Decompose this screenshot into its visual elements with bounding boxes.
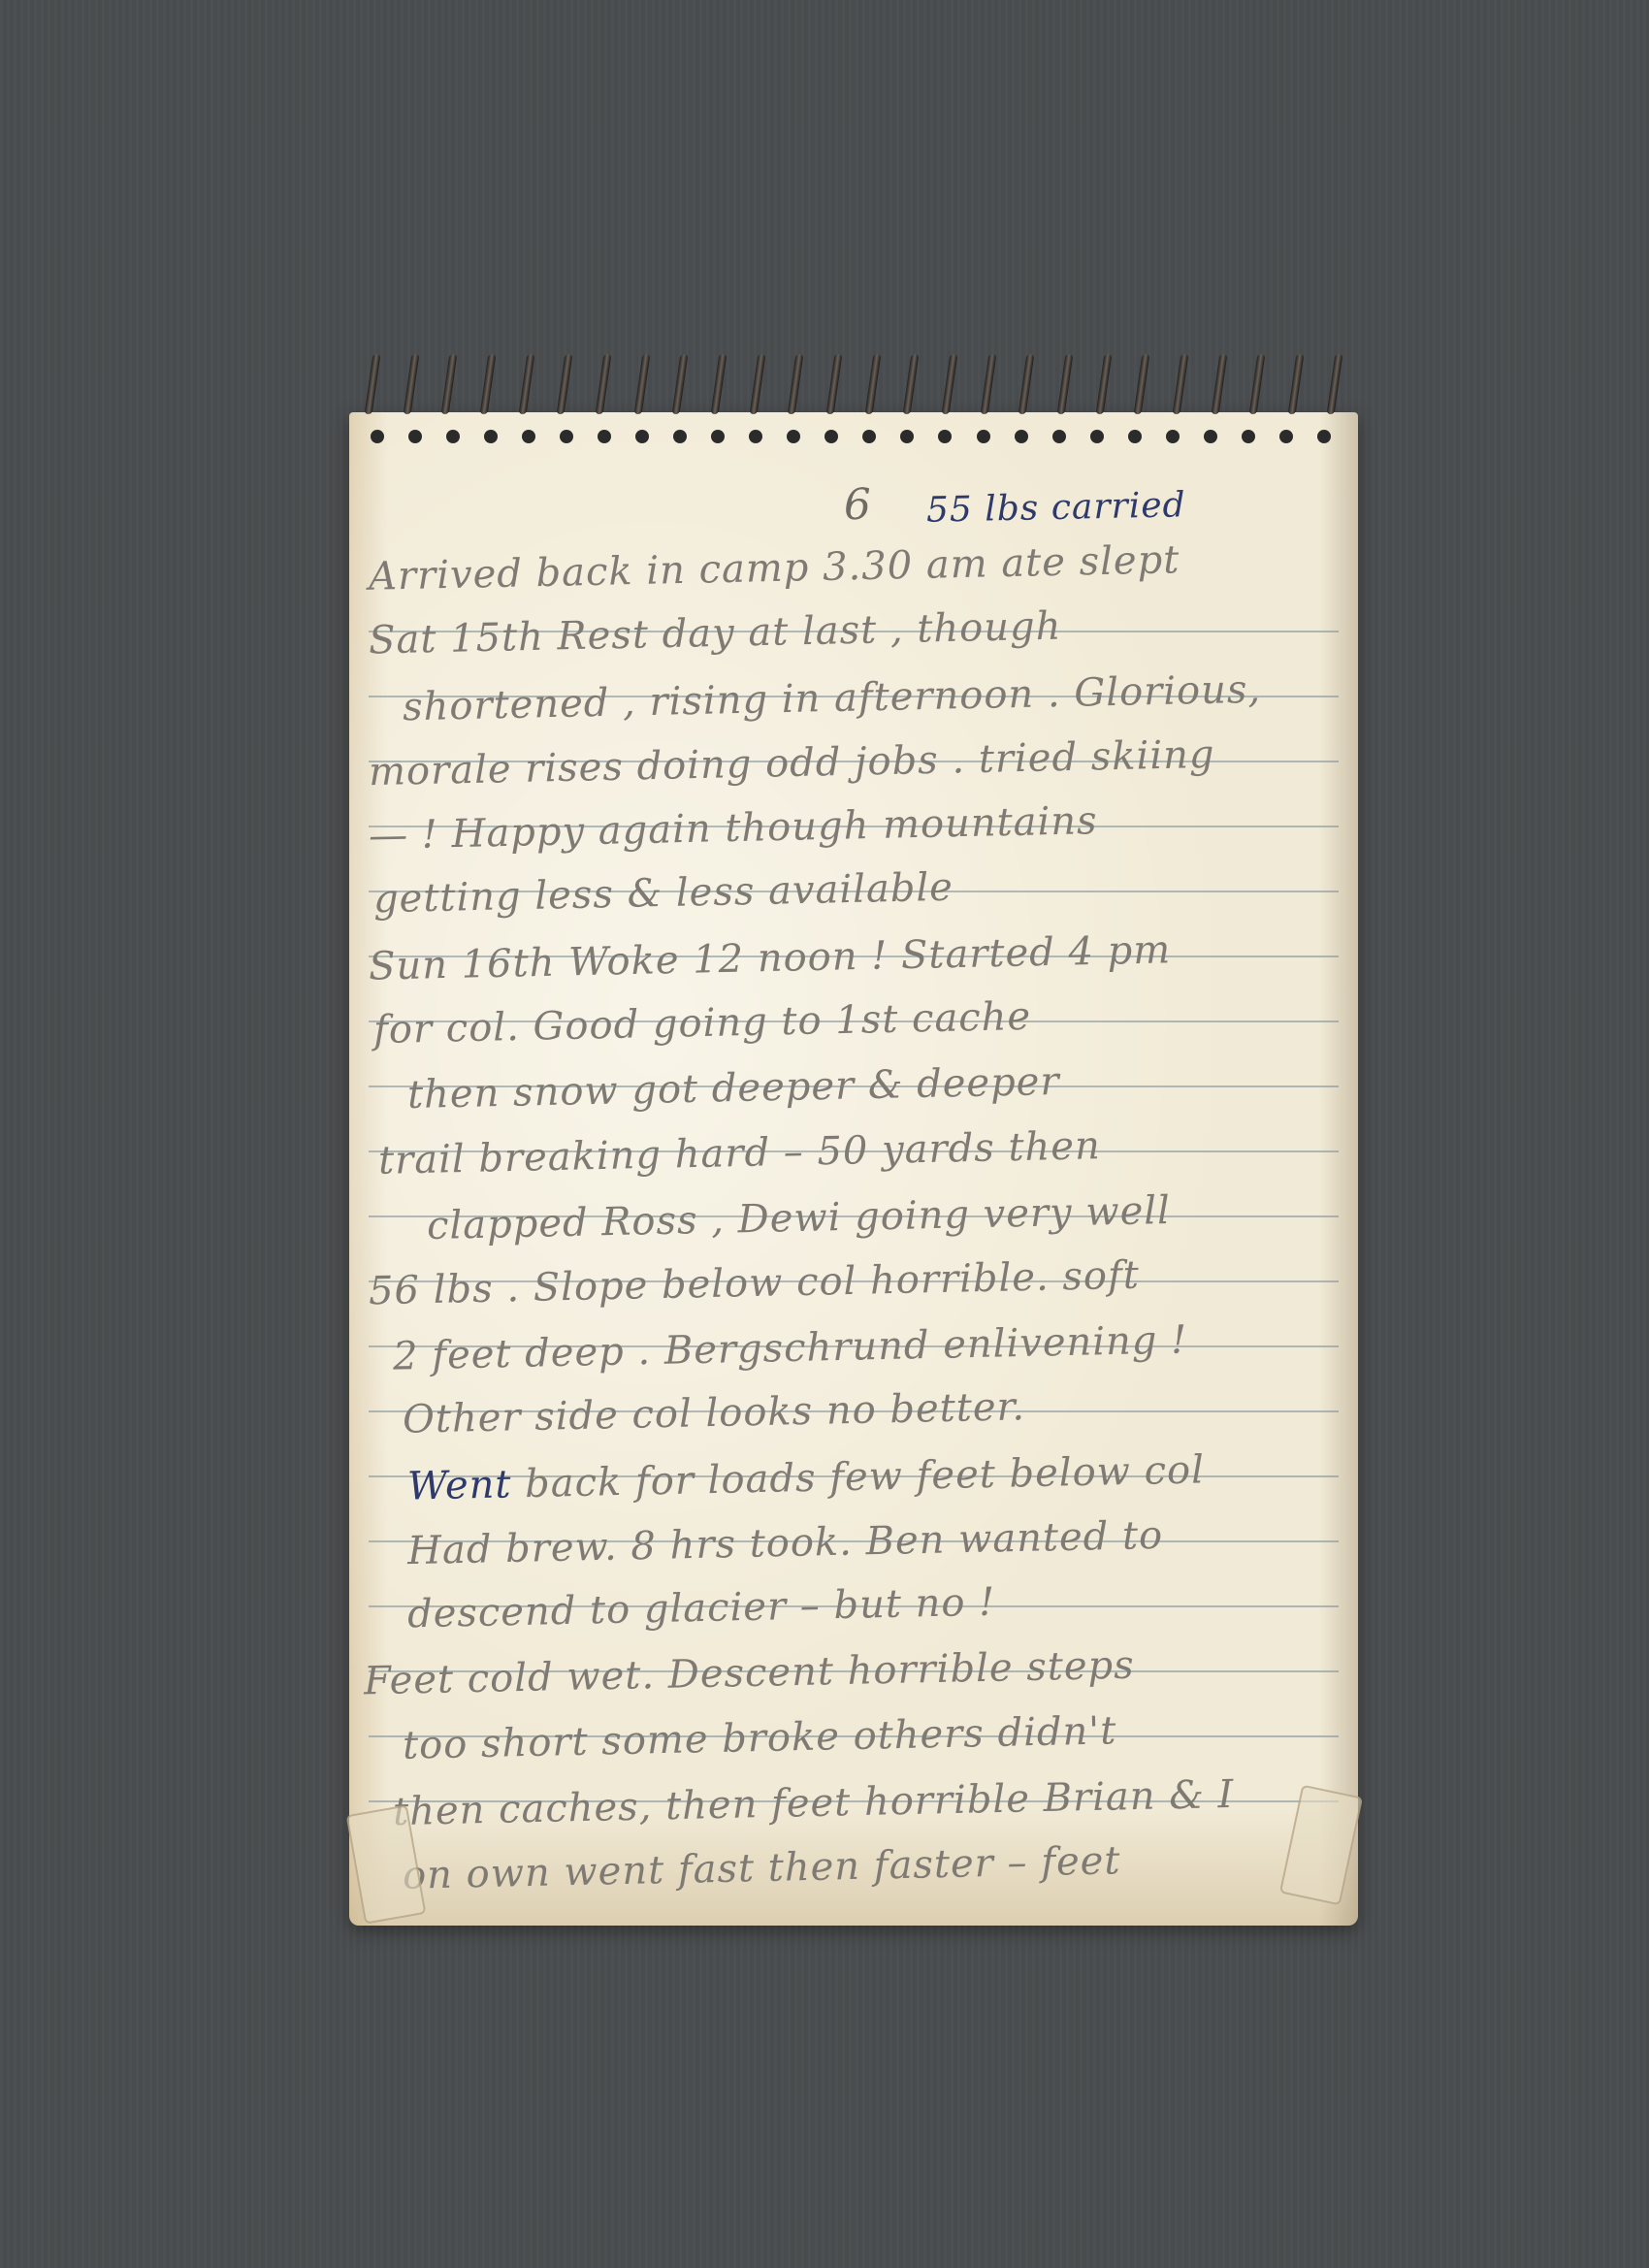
punch-hole <box>1204 430 1217 443</box>
spiral-binding <box>369 354 1339 412</box>
spiral-coil <box>749 354 765 414</box>
spiral-coil <box>864 354 881 414</box>
punch-hole <box>900 430 914 443</box>
spiral-coil <box>480 354 497 414</box>
spiral-coil <box>980 354 996 414</box>
spiral-coil <box>1134 354 1150 414</box>
spiral-coil <box>826 354 843 414</box>
spiral-coil <box>672 354 689 414</box>
punch-hole <box>787 430 800 443</box>
spiral-coil <box>1326 354 1342 414</box>
spiral-coil <box>788 354 804 414</box>
punch-hole <box>408 430 422 443</box>
punch-hole <box>1166 430 1180 443</box>
punch-hole <box>749 430 762 443</box>
punch-hole <box>711 430 725 443</box>
spiral-coil <box>1095 354 1112 414</box>
punch-hole <box>560 430 573 443</box>
punch-hole <box>598 430 611 443</box>
punch-hole <box>1279 430 1293 443</box>
punch-hole <box>635 430 649 443</box>
notebook: 6 55 lbs carried Arrived back in camp 3.… <box>349 383 1358 1926</box>
punch-hole <box>484 430 498 443</box>
punch-hole <box>824 430 838 443</box>
punch-hole <box>1015 430 1028 443</box>
punch-hole <box>673 430 687 443</box>
spiral-coil <box>633 354 650 414</box>
punch-hole <box>1242 430 1255 443</box>
spiral-holes <box>371 430 1331 443</box>
punch-hole <box>862 430 876 443</box>
notebook-page: 6 55 lbs carried Arrived back in camp 3.… <box>349 412 1358 1926</box>
spiral-coil <box>1211 354 1227 414</box>
punch-hole <box>977 430 990 443</box>
spiral-coil <box>403 354 419 414</box>
spiral-coil <box>903 354 920 414</box>
spiral-coil <box>596 354 612 414</box>
spiral-coil <box>942 354 958 414</box>
punch-hole <box>938 430 952 443</box>
punch-hole <box>1317 430 1331 443</box>
punch-hole <box>371 430 384 443</box>
spiral-coil <box>1173 354 1189 414</box>
punch-hole <box>1090 430 1104 443</box>
punch-hole <box>1052 430 1066 443</box>
punch-hole <box>1128 430 1142 443</box>
header-note: 55 lbs carried <box>926 485 1186 531</box>
spiral-coil <box>518 354 534 414</box>
handwritten-line: on own went fast then faster – feet <box>403 1838 1121 1897</box>
punch-hole <box>522 430 535 443</box>
spiral-coil <box>1018 354 1035 414</box>
spiral-coil <box>711 354 727 414</box>
spiral-coil <box>1249 354 1266 414</box>
spiral-coil <box>365 354 381 414</box>
spiral-coil <box>557 354 573 414</box>
page-number: 6 <box>843 480 872 531</box>
punch-hole <box>446 430 460 443</box>
spiral-coil <box>1057 354 1074 414</box>
spiral-coil <box>441 354 458 414</box>
spiral-coil <box>1288 354 1305 414</box>
